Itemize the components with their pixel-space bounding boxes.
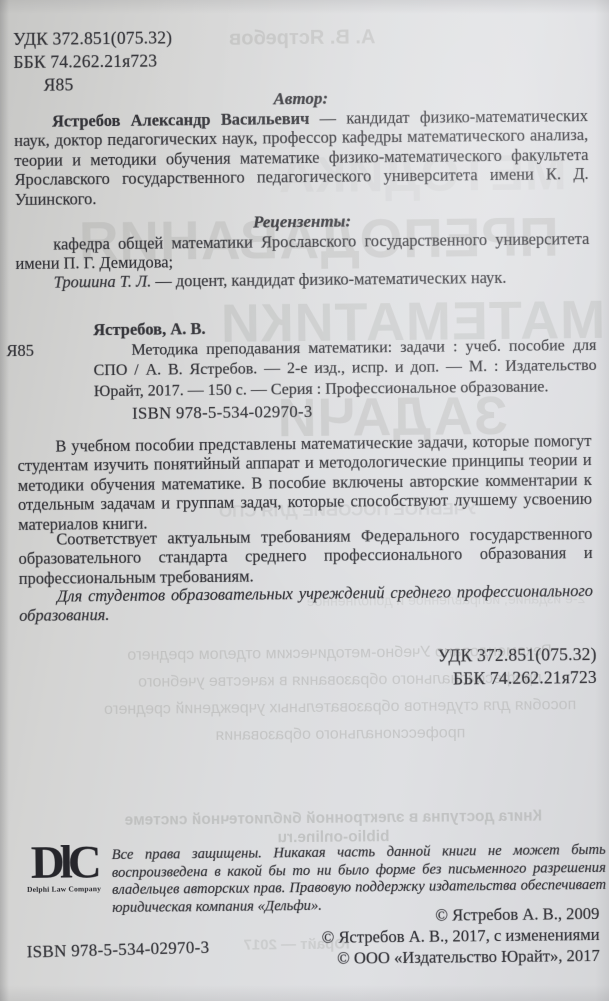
copyright-line: © Ястребов А. В., 2009 xyxy=(321,903,599,927)
catalog-margin-code: Я85 xyxy=(6,341,34,361)
dlc-logo-caption: Delphi Law Company xyxy=(20,884,108,894)
isbn-catalog: ISBN 978-5-534-02970-3 xyxy=(132,402,313,424)
udc-code: УДК 372.851(075.32) xyxy=(13,26,172,51)
author-name: Ястребов Александр Васильевич xyxy=(52,109,310,131)
catalog-author: Ястребов, А. В. xyxy=(93,319,206,340)
book-copyright-page-photo: А. В. Ястребов МЕТОДИКА ПРЕПОДАВАНИЯ МАТ… xyxy=(0,0,609,1001)
dlc-logo-letters-icon: DlC xyxy=(20,840,108,885)
reviewer-2-name: Трошина Т. Л. xyxy=(54,272,152,292)
bleedthrough-author: А. В. Ястребов xyxy=(217,26,387,51)
classification-codes-top: УДК 372.851(075.32) ББК 74.262.21я723 Я8… xyxy=(13,26,173,97)
classification-codes-bottom: УДК 372.851(075.32) ББК 74.262.21я723 xyxy=(437,643,597,691)
bbk-code-bottom: ББК 74.262.21я723 xyxy=(438,666,597,691)
author-paragraph: Ястребов Александр Васильевич — кандидат… xyxy=(14,106,589,209)
bbk-code: ББК 74.262.21я723 xyxy=(13,49,172,74)
udc-code-bottom: УДК 372.851(075.32) xyxy=(437,643,596,668)
reviewer-2-details: — доцент, кандидат физико-математических… xyxy=(151,268,506,291)
annotation-paragraph-1: В учебном пособии представлены математич… xyxy=(17,431,592,534)
delphi-law-logo: DlC Delphi Law Company xyxy=(20,840,109,894)
annotation-paragraph-2: Соответствует актуальным требованиям Фед… xyxy=(18,524,593,588)
catalog-entry: Методика преподавания математики: задачи… xyxy=(93,336,597,402)
copyright-lines: © Ястребов А. В., 2009 © Ястребов А. В.,… xyxy=(321,903,600,969)
annotation-paragraph-3: Для студентов образовательных учреждений… xyxy=(19,581,593,626)
isbn-bottom: ISBN 978-5-534-02970-3 xyxy=(26,938,209,963)
copyright-line: © Ястребов А. В., 2017, с изменениями xyxy=(322,924,600,948)
copyright-line: © ООО «Издательство Юрайт», 2017 xyxy=(322,945,600,969)
